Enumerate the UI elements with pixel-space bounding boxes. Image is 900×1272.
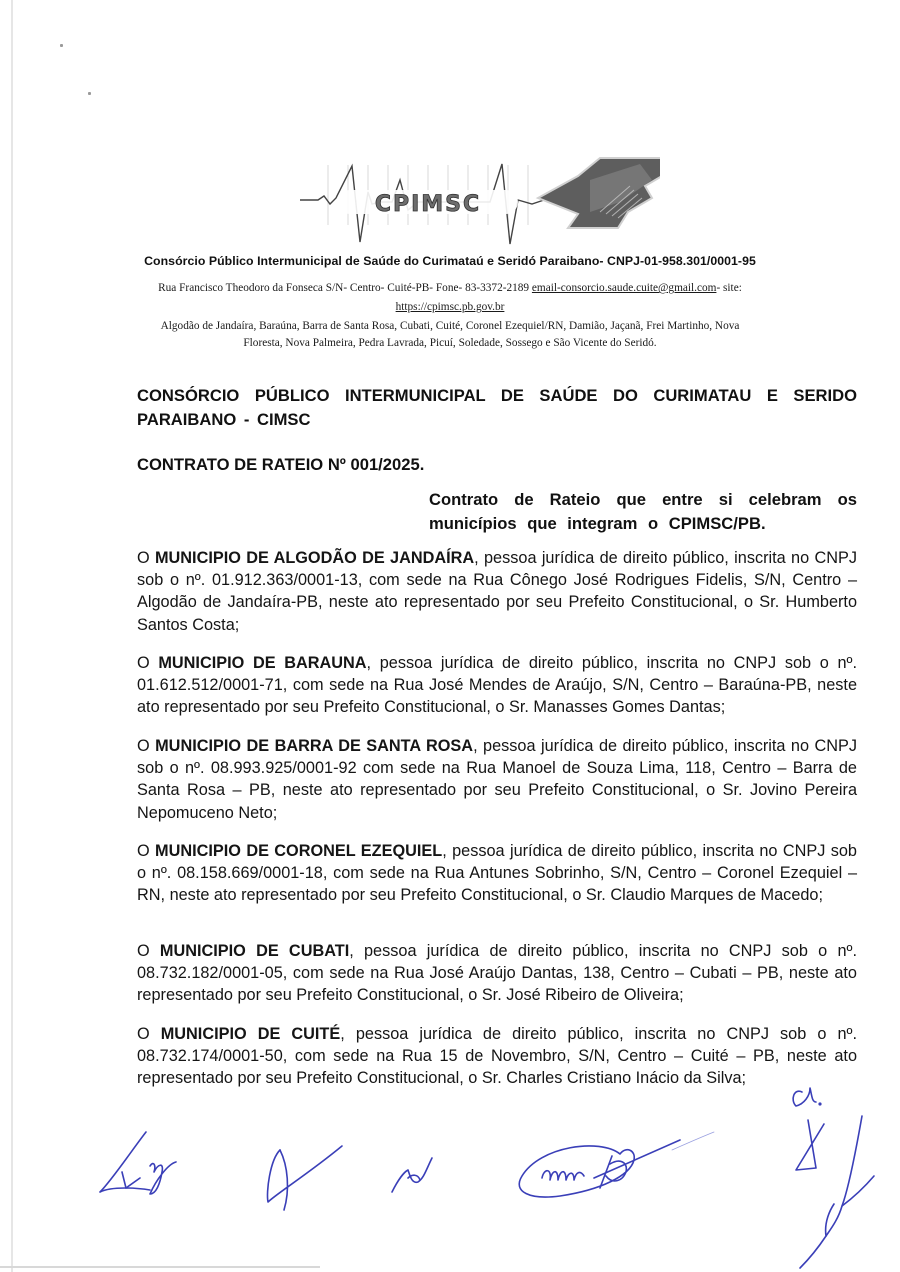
cpimsc-logo: CPIMSC	[300, 150, 660, 250]
party-paragraph: O MUNICIPIO DE BARAUNA, pessoa jurídica …	[137, 652, 857, 719]
party-prefix: O	[137, 549, 155, 567]
signatures-area	[0, 1080, 900, 1272]
contract-preamble: Contrato de Rateio que entre si celebram…	[429, 488, 857, 536]
party-paragraph: O MUNICIPIO DE BARRA DE SANTA ROSA, pess…	[137, 735, 857, 824]
party-name: MUNICIPIO DE ALGODÃO DE JANDAÍRA	[155, 549, 474, 567]
party-prefix: O	[137, 942, 160, 960]
member-cities-line-1: Algodão de Jandaíra, Baraúna, Barra de S…	[0, 320, 900, 332]
signature-initial-2-icon	[268, 1146, 343, 1210]
website-link[interactable]: https://cpimsc.pb.gov.br	[396, 301, 505, 313]
party-paragraph: O MUNICIPIO DE ALGODÃO DE JANDAÍRA, pess…	[137, 547, 857, 636]
document-heading: CONSÓRCIO PÚBLICO INTERMUNICIPAL DE SAÚD…	[137, 384, 857, 432]
signature-initial-5-icon	[793, 1088, 824, 1170]
party-paragraph: O MUNICIPIO DE CORONEL EZEQUIEL, pessoa …	[137, 840, 857, 907]
signature-initial-4-icon	[519, 1132, 714, 1197]
signature-initial-1-icon	[100, 1132, 176, 1194]
party-name: MUNICIPIO DE CUBATI	[160, 942, 349, 960]
party-prefix: O	[137, 654, 158, 672]
party-prefix: O	[137, 842, 155, 860]
contract-title: CONTRATO DE RATEIO Nº 001/2025.	[137, 453, 857, 477]
party-name: MUNICIPIO DE CUITÉ	[161, 1025, 341, 1043]
party-name: MUNICIPIO DE BARAUNA	[158, 654, 366, 672]
party-prefix: O	[137, 737, 155, 755]
scan-speck	[88, 92, 91, 95]
consortium-title: Consórcio Público Intermunicipal de Saúd…	[0, 254, 900, 268]
scan-speck	[60, 44, 63, 47]
site-label: - site:	[716, 282, 741, 294]
heartbeat-cross-logo-icon: CPIMSC	[300, 150, 660, 250]
document-page: CPIMSC Consórcio Público Intermunicipal …	[0, 0, 900, 1272]
party-prefix: O	[137, 1025, 161, 1043]
member-cities-line-2: Floresta, Nova Palmeira, Pedra Lavrada, …	[0, 337, 900, 349]
contact-line: Rua Francisco Theodoro da Fonseca S/N- C…	[0, 282, 900, 294]
party-name: MUNICIPIO DE CORONEL EZEQUIEL	[155, 842, 442, 860]
address-text: Rua Francisco Theodoro da Fonseca S/N- C…	[158, 282, 532, 294]
site-line: https://cpimsc.pb.gov.br	[0, 301, 900, 313]
svg-text:CPIMSC: CPIMSC	[375, 192, 481, 217]
party-paragraph: O MUNICIPIO DE CUBATI, pessoa jurídica d…	[137, 940, 857, 1007]
email-link[interactable]: email-consorcio.saude.cuite@gmail.com	[532, 282, 717, 294]
party-name: MUNICIPIO DE BARRA DE SANTA ROSA	[155, 737, 473, 755]
signature-initial-3-icon	[392, 1158, 432, 1192]
